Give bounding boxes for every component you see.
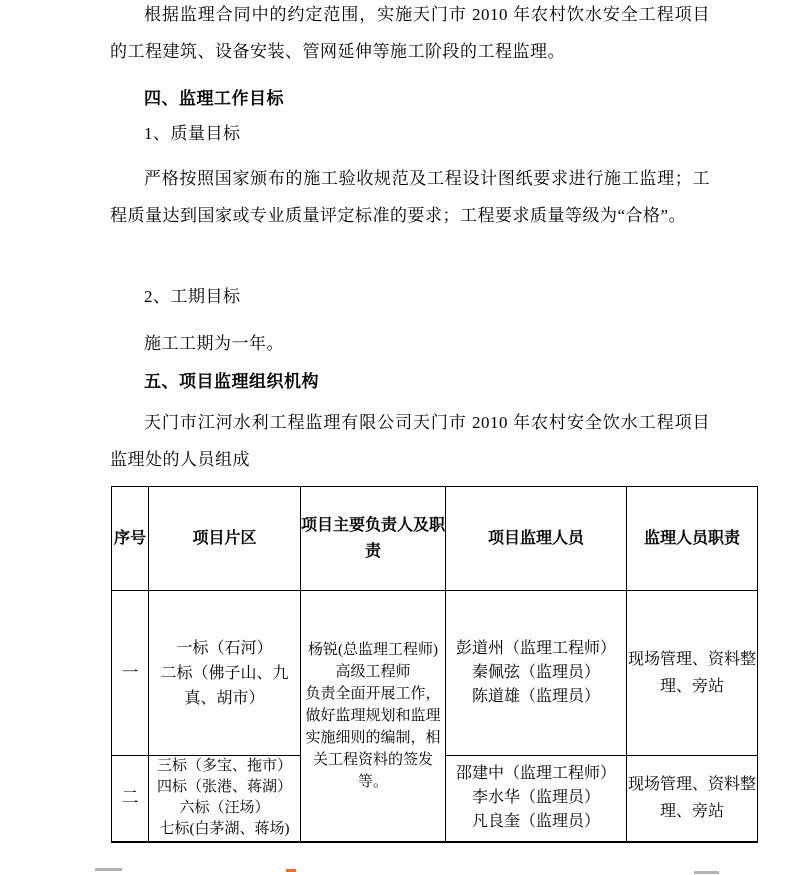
personnel-table: 序号 项目片区 项目主要负责人及职责 项目监理人员 监理人员职责 一 一标（石河… <box>111 486 758 843</box>
cell-row2-duties: 现场管理、资料整理、旁站 <box>627 756 758 842</box>
table-header-supervisors: 项目监理人员 <box>446 487 627 591</box>
paragraph-quality-text: 严格按照国家颁布的施工验收规范及工程设计图纸要求进行施工监理；工程质量达到国家或… <box>110 160 710 234</box>
document-page: 根据监理合同中的约定范围，实施天门市 2010 年农村饮水安全工程项目的工程建筑… <box>0 0 794 875</box>
page-edge-artifact-left <box>95 868 122 871</box>
paragraph-scope-intro: 根据监理合同中的约定范围，实施天门市 2010 年农村饮水安全工程项目的工程建筑… <box>110 0 710 70</box>
paragraph-quality-label: 1、质量目标 <box>110 115 710 152</box>
cell-leader-merged: 杨锐(总监理工程师) 高级工程师 负责全面开展工作，做好监理规划和监理实施细则的… <box>301 591 446 842</box>
cell-row2-index: 二 <box>112 756 149 842</box>
cell-row1-duties: 现场管理、资料整理、旁站 <box>627 591 758 756</box>
paragraph-schedule-text: 施工工期为一年。 <box>110 325 710 362</box>
section-heading-organization: 五、项目监理组织机构 <box>110 363 710 400</box>
paragraph-org-intro: 天门市江河水利工程监理有限公司天门市 2010 年农村安全饮水工程项目监理处的人… <box>110 404 710 478</box>
cell-row2-supervisors: 邵建中（监理工程师） 李水华（监理员） 凡良奎（监理员） <box>446 756 627 842</box>
table-header-index: 序号 <box>112 487 149 591</box>
cell-row1-index: 一 <box>112 591 149 756</box>
page-edge-artifact-center <box>286 869 296 872</box>
table-header-duties: 监理人员职责 <box>627 487 758 591</box>
page-edge-artifact-right <box>694 871 719 874</box>
table-header-area: 项目片区 <box>149 487 301 591</box>
table-header-row: 序号 项目片区 项目主要负责人及职责 项目监理人员 监理人员职责 <box>112 487 758 591</box>
table-header-leader: 项目主要负责人及职责 <box>301 487 446 591</box>
cell-row2-area: 三标（多宝、拖市） 四标（张港、蒋湖） 六标（汪场） 七标(白茅湖、蒋场) <box>149 756 301 842</box>
section-heading-supervision-goals: 四、监理工作目标 <box>110 80 710 117</box>
paragraph-schedule-label: 2、工期目标 <box>110 278 710 315</box>
table-row: 一 一标（石河） 二标（佛子山、九真、胡市） 杨锐(总监理工程师) 高级工程师 … <box>112 591 758 756</box>
cell-row1-area: 一标（石河） 二标（佛子山、九真、胡市） <box>149 591 301 756</box>
cell-row1-supervisors: 彭道州（监理工程师） 秦佩弦（监理员） 陈道雄（监理员） <box>446 591 627 756</box>
